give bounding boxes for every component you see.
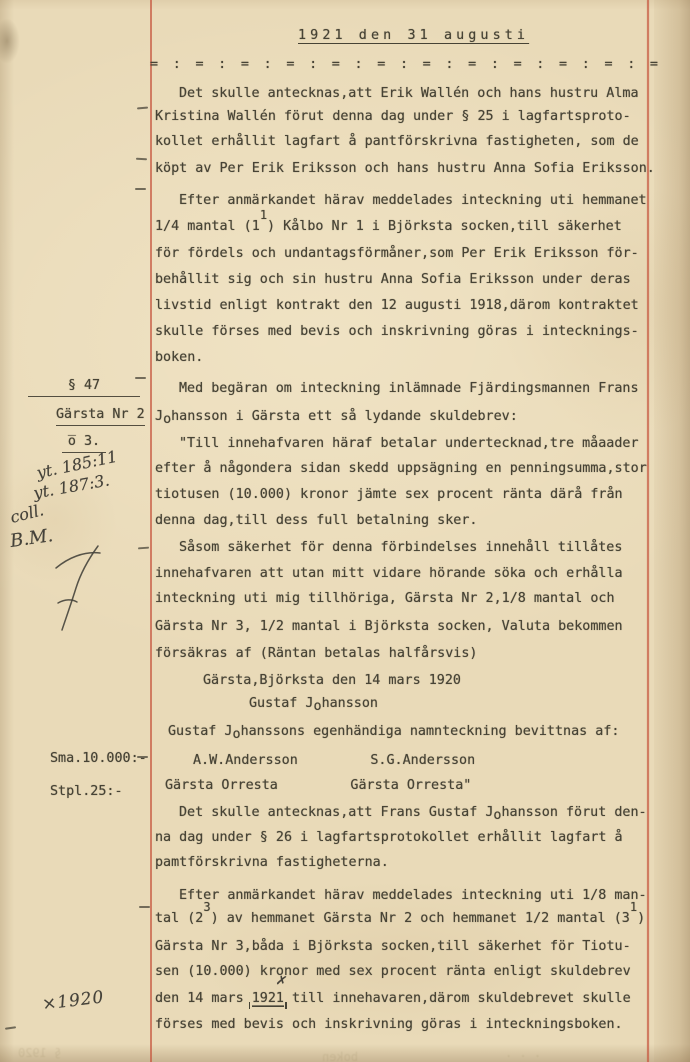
pen-tick: [136, 158, 147, 160]
document-line: kollet erhållit lagfart å pantförskrivna…: [155, 134, 639, 149]
document-line: efter å någondera sidan skedd uppsägning…: [155, 461, 647, 476]
document-line: na dag under § 26 i lagfartsprotokollet …: [155, 830, 623, 845]
document-line: Gärsta Orresta Gärsta Orresta": [165, 778, 471, 793]
margin-stamp-duty: Stpl.25:-: [50, 784, 123, 799]
document-line: Gustaf Johanssons egenhändiga namnteckni…: [168, 724, 619, 739]
document-line: Gärsta,Björksta den 14 mars 1920: [203, 673, 461, 688]
superscript-insertion: 3: [203, 900, 210, 915]
document-line: behållit sig och sin hustru Anna Sofia E…: [155, 272, 631, 287]
left-margin-rule: [150, 0, 152, 1062]
document-line: "Till innehafvaren häraf betalar underte…: [179, 436, 639, 451]
document-line: 1/4 mantal (11) Kålbo Nr 1 i Björksta so…: [155, 219, 622, 234]
document-line: boken.: [155, 350, 203, 365]
page-edge-shadow: [654, 0, 690, 1062]
document-line: pamtförskrivna fastigheterna.: [155, 855, 389, 870]
document-line: tal (23) av hemmanet Gärsta Nr 2 och hem…: [155, 911, 645, 926]
handwritten-initials: B.M.: [9, 525, 55, 552]
document-line: förses med bevis och inskrivning göras i…: [155, 1017, 623, 1032]
pen-flourish-signature: [50, 540, 112, 635]
ink-bleedthrough: § 1920: [18, 1046, 61, 1060]
ink-bleedthrough: boken: [322, 1050, 358, 1062]
scan-corner-blotch: [0, 18, 20, 64]
margin-property-name-line1: Gärsta Nr 2: [56, 407, 145, 426]
superscript-insertion: 1: [260, 208, 267, 223]
document-line: Efter anmärkandet härav meddelades intec…: [179, 193, 647, 208]
handwritten-x-correction-mark: ✗: [275, 973, 289, 990]
pen-tick: [137, 107, 148, 110]
separator-row: = : = : = : = : = : = : = : = : = : = : …: [150, 57, 661, 72]
margin-sum-amount: Sma.10.000:-: [50, 751, 147, 766]
document-line: Såsom säkerhet för denna förbindelses in…: [179, 540, 622, 555]
document-line: Efter anmärkandet härav meddelades intec…: [179, 888, 647, 903]
document-line: Gustaf Johansson: [249, 696, 378, 711]
pen-tick: [135, 188, 146, 190]
superscript-insertion: 1: [630, 900, 637, 915]
document-line: tiotusen (10.000) kronor jämte sex proce…: [155, 487, 623, 502]
document-line: livstid enligt kontrakt den 12 augusti 1…: [155, 298, 639, 313]
corrected-year: 1921: [252, 991, 284, 1008]
document-line: sen (10.000) kronor med sex procent ränt…: [155, 964, 631, 979]
document-line: skulle förses med bevis och inskrivning …: [155, 324, 639, 339]
document-line: Kristina Wallén förut denna dag under § …: [155, 109, 631, 124]
pen-tick: [139, 906, 150, 908]
document-line: denna dag,till dess full betalning sker.: [155, 513, 477, 528]
document-line: köpt av Per Erik Eriksson och hans hustr…: [155, 161, 655, 176]
document-line: innehafvaren att utan mitt vidare hörand…: [155, 566, 623, 581]
document-line: Johansson i Gärsta ett så lydande skulde…: [155, 409, 518, 424]
document-line: Det skulle antecknas,att Erik Wallén och…: [179, 86, 639, 101]
handwritten-coll-note: coll.: [8, 500, 46, 527]
document-date-title: 1921 den 31 augusti: [298, 28, 529, 43]
handwritten-year-correction: ×1920: [41, 987, 105, 1014]
document-line: A.W.Andersson S.G.Andersson: [193, 753, 475, 768]
pen-tick: [137, 756, 148, 758]
margin-section-number: § 47: [28, 378, 140, 397]
document-line: försäkras af (Räntan betalas halfårsvis): [155, 646, 477, 661]
document-line: Gärsta Nr 3,båda i Björksta socken,till …: [155, 939, 631, 954]
document-line: Det skulle antecknas,att Frans Gustaf Jo…: [179, 805, 647, 820]
document-line: Gärsta Nr 3, 1/2 mantal i Björksta socke…: [155, 619, 623, 634]
ink-bleedthrough: . . .: [505, 1046, 541, 1060]
document-line: Med begäran om inteckning inlämnade Fjär…: [179, 381, 639, 396]
right-margin-rule: [647, 0, 649, 1062]
pen-tick: [135, 377, 146, 379]
document-line: den 14 mars 1921 till innehavaren,därom …: [155, 991, 631, 1006]
scanned-document-page: 1921 den 31 augusti = : = : = : = : = : …: [0, 0, 690, 1062]
pen-tick: [5, 1026, 16, 1029]
document-line: för fördels och undantagsförmåner,som Pe…: [155, 246, 639, 261]
document-line: inteckning uti mig tillhöriga, Gärsta Nr…: [155, 591, 615, 606]
pen-tick: [138, 547, 149, 549]
